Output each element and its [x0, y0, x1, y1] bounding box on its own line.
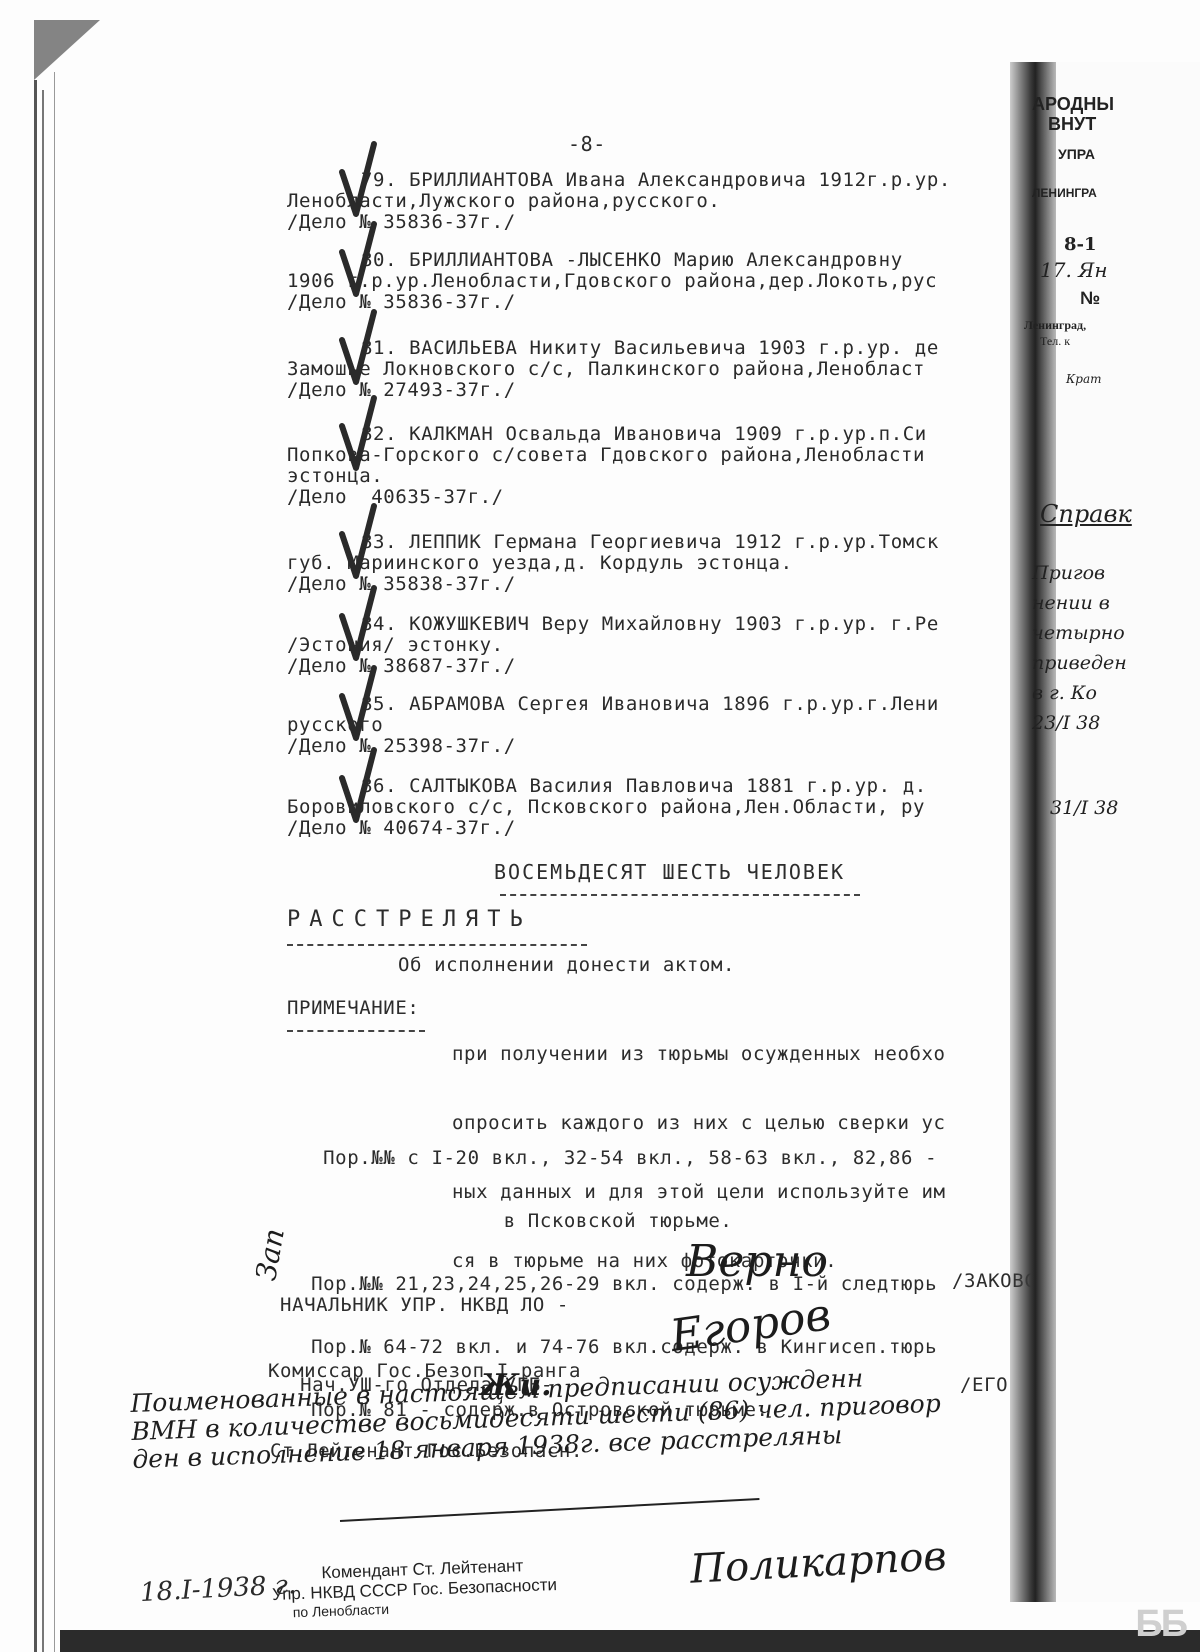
entry-heading: 84. КОЖУШКЕВИЧ Веру Михайловну 1903 г.р.… [287, 614, 939, 635]
commandant-stamp: Комендант Ст. Лейтенант Упр. НКВД СССР Г… [271, 1555, 558, 1621]
folded-corner [34, 20, 100, 80]
handwritten-line: приведен [1032, 652, 1127, 674]
entry-86: 86. САЛТЫКОВА Василия Павловича 1881 г.р… [287, 776, 927, 839]
entry-line: Боровиловского с/с, Псковского района,Ле… [287, 797, 927, 818]
entry-heading: 82. КАЛКМАН Освальда Ивановича 1909 г.р.… [287, 424, 927, 445]
city-line: Ленинград, [1024, 318, 1086, 333]
letterhead-line: ЛЕНИНГРА [1032, 186, 1097, 200]
entry-line: /Дело № 35836-37г./ [287, 292, 937, 313]
entry-line: /Дело № 38687-37г./ [287, 656, 939, 677]
entry-line: /Дело 40635-37г./ [287, 487, 927, 508]
entry-line: /Дело № 27493-37г./ [287, 380, 939, 401]
entry-79: 79. БРИЛЛИАНТОВА Ивана Александровича 19… [287, 170, 951, 233]
entry-84: 84. КОЖУШКЕВИЧ Веру Михайловну 1903 г.р.… [287, 614, 939, 677]
entry-85: 85. АБРАМОВА Сергея Ивановича 1896 г.р.у… [287, 694, 939, 757]
handwritten-line: 31/I 38 [1050, 797, 1118, 819]
handwritten-line: Пригов [1032, 562, 1105, 584]
entry-81: 81. ВАСИЛЬЕВА Никиту Васильевича 1903 г.… [287, 338, 939, 401]
entry-line: /Эстония/ эстонку. [287, 635, 939, 656]
underline [287, 1030, 425, 1032]
checkmark-icon [338, 502, 378, 582]
entry-line: 1906 г.р.ур.Ленобласти,Гдовского района,… [287, 271, 937, 292]
entry-83: 83. ЛЕППИК Германа Георгиевича 1912 г.р.… [287, 532, 939, 595]
ref-date: 17. Ян [1040, 258, 1108, 282]
checkmark-icon [338, 394, 378, 474]
entry-line: Ленобласти,Лужского района,русского. [287, 191, 951, 212]
entry-line: эстонца. [287, 466, 927, 487]
checkmark-icon [338, 746, 378, 826]
entry-line: /Дело № 40674-37г./ [287, 818, 927, 839]
entry-line: губ. Мариинского уезда,д. Кордуль эстонц… [287, 553, 939, 574]
entry-line: /Дело № 25398-37г./ [287, 736, 939, 757]
page-number: -8- [568, 133, 606, 155]
signature-1: Верно [686, 1236, 828, 1287]
underline [500, 894, 860, 896]
tel-line: Тел. к [1040, 334, 1070, 349]
checkmark-icon [338, 584, 378, 664]
krat-label: Крат [1066, 372, 1102, 386]
entry-80: 80. БРИЛЛИАНТОВА -ЛЫСЕНКО Марию Александ… [287, 250, 937, 313]
verdict: РАССТРЕЛЯТЬ [287, 909, 532, 931]
handwritten-line: четырно [1032, 622, 1125, 644]
entry-line: /Дело № 35838-37г./ [287, 574, 939, 595]
entry-82: 82. КАЛКМАН Освальда Ивановича 1909 г.р.… [287, 424, 927, 508]
fold-shadow [1010, 62, 1056, 1602]
entry-heading: 85. АБРАМОВА Сергея Ивановича 1896 г.р.у… [287, 694, 939, 715]
entry-heading: 80. БРИЛЛИАНТОВА -ЛЫСЕНКО Марию Александ… [287, 250, 937, 271]
note-label: ПРИМЕЧАНИЕ: [287, 997, 419, 1019]
scan-shadow [60, 1630, 1200, 1652]
entry-line: русского [287, 715, 939, 736]
entry-heading: 81. ВАСИЛЬЕВА Никиту Васильевича 1903 г.… [287, 338, 939, 359]
page-binding-edge [34, 20, 60, 1652]
ref-number: 8-1 [1064, 234, 1097, 255]
handwritten-line: нении в [1032, 592, 1110, 614]
overlapping-document: АРОДНЫ ВНУТ УПРА ЛЕНИНГРА 8-1 17. Ян № Л… [1010, 62, 1200, 1602]
checkmark-icon [338, 664, 378, 744]
watermark: ББ [1135, 1603, 1186, 1646]
checkmark-icon [338, 140, 378, 220]
checkmark-icon [338, 220, 378, 300]
letterhead-line: АРОДНЫ [1032, 94, 1114, 115]
letterhead-line: УПРА [1058, 146, 1095, 162]
checkmark-icon [338, 308, 378, 388]
letterhead-line: ВНУТ [1048, 114, 1096, 135]
handwritten-line: в г. Ко [1032, 682, 1097, 704]
total-count: ВОСЕМЬДЕСЯТ ШЕСТЬ ЧЕЛОВЕК [494, 861, 845, 883]
entry-heading: 86. САЛТЫКОВА Василия Павловича 1881 г.р… [287, 776, 927, 797]
entry-line: Попкова-Горского с/совета Гдовского райо… [287, 445, 927, 466]
entry-heading: 83. ЛЕППИК Германа Георгиевича 1912 г.р.… [287, 532, 939, 553]
execution-report-instruction: Об исполнении донести актом. [398, 954, 735, 976]
handwritten-line: 23/I 38 [1032, 712, 1100, 734]
handwritten-heading: Справк [1040, 500, 1132, 528]
underline [287, 944, 587, 946]
ref-no-label: № [1080, 288, 1100, 309]
entry-heading: 79. БРИЛЛИАНТОВА Ивана Александровича 19… [287, 170, 951, 191]
entry-line: /Дело № 35836-37г./ [287, 212, 951, 233]
overlapping-page [1056, 62, 1200, 1602]
entry-line: Замошье Локновского с/с, Палкинского рай… [287, 359, 939, 380]
